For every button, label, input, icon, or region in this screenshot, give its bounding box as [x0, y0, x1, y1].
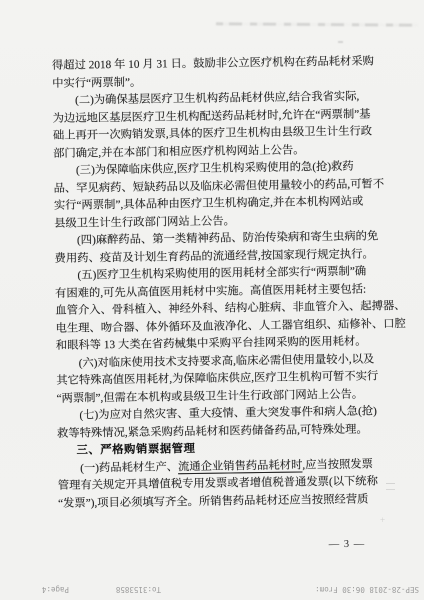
fax-to-number: To:3153858 — [116, 585, 161, 594]
document-body-text: 得超过 2018 年 10 月 31 日。鼓励非公立医疗机构在药品耗材采购 中实… — [52, 53, 398, 513]
page-number: — 3 — — [312, 539, 382, 551]
text-segment: (一)药品耗材生产、 — [80, 461, 178, 474]
text-segment: ,应当按照发票 — [302, 458, 373, 471]
scan-artifact-dashes — [386, 483, 395, 490]
fax-page-count: Page:4 — [42, 585, 69, 594]
fax-header-upside-down: SEP-28-2018 06:30 From: To:3153858 Page:… — [0, 583, 424, 595]
scan-artifact-top-streak — [216, 22, 418, 26]
scanned-page: 得超过 2018 年 10 月 31 日。鼓励非公立医疗机构在药品耗材采购 中实… — [0, 0, 424, 600]
scan-artifact-plus: + — [380, 515, 385, 525]
underlined-phrase: 流通企业销售药品耗材时 — [178, 459, 302, 473]
scan-artifact-dot — [338, 41, 343, 43]
fax-datetime-from: SEP-28-2018 06:30 From: — [315, 585, 419, 594]
